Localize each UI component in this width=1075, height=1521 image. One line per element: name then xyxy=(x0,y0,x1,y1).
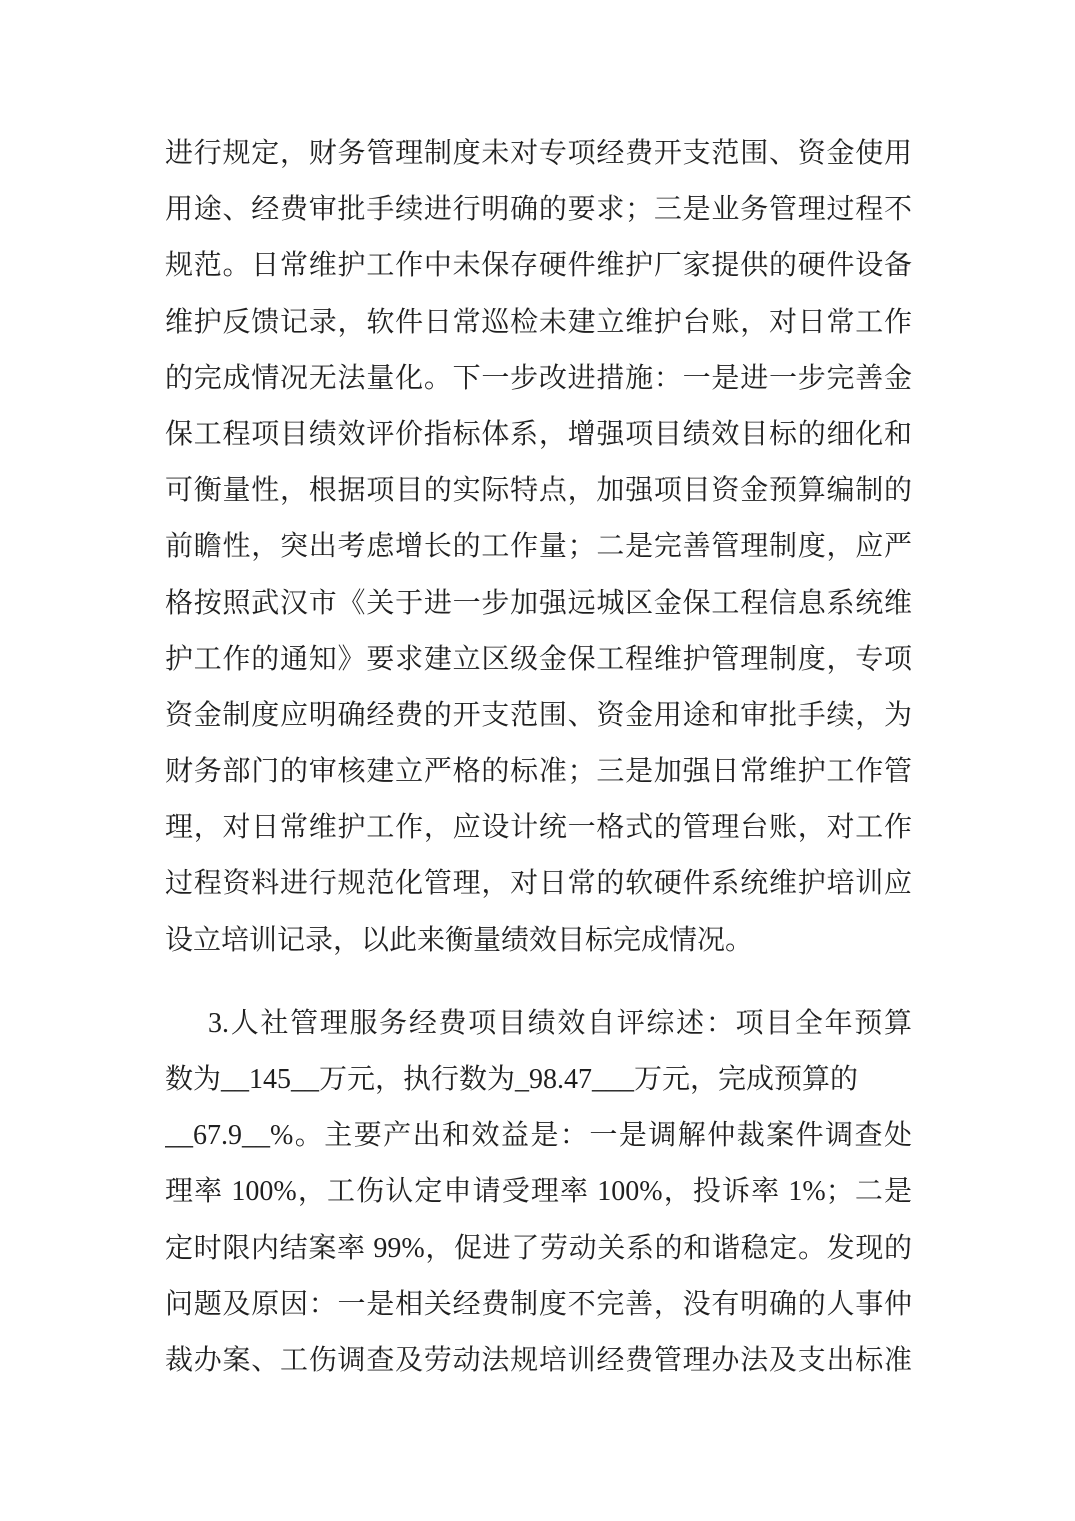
text-line: 资金制度应明确经费的开支范围、资金用途和审批手续，为 xyxy=(165,688,912,744)
text-line: 规范。日常维护工作中未保存硬件维护厂家提供的硬件设备 xyxy=(165,238,912,294)
paragraph: 进行规定，财务管理制度未对专项经费开支范围、资金使用 用途、经费审批手续进行明确… xyxy=(165,126,912,969)
text-line: 裁办案、工伤调查及劳动法规培训经费管理办法及支出标准 xyxy=(165,1333,912,1389)
text-line: 数为__145__万元，执行数为_98.47___万元，完成预算的 xyxy=(165,1052,912,1108)
text-line: 用途、经费审批手续进行明确的要求；三是业务管理过程不 xyxy=(165,182,912,238)
text-line: 前瞻性，突出考虑增长的工作量；二是完善管理制度，应严 xyxy=(165,519,912,575)
text-line: 格按照武汉市《关于进一步加强远城区金保工程信息系统维 xyxy=(165,576,912,632)
text-line: 定时限内结案率 99%，促进了劳动关系的和谐稳定。发现的 xyxy=(165,1221,912,1277)
text-line: 维护反馈记录，软件日常巡检未建立维护台账，对日常工作 xyxy=(165,295,912,351)
text-line: 护工作的通知》要求建立区级金保工程维护管理制度，专项 xyxy=(165,632,912,688)
document-page: 进行规定，财务管理制度未对专项经费开支范围、资金使用 用途、经费审批手续进行明确… xyxy=(0,0,1075,1521)
text-line: 进行规定，财务管理制度未对专项经费开支范围、资金使用 xyxy=(165,126,912,182)
text-line: 理率 100%，工伤认定申请受理率 100%，投诉率 1%；二是法 xyxy=(165,1164,912,1220)
text-line: 的完成情况无法量化。下一步改进措施：一是进一步完善金 xyxy=(165,351,912,407)
text-line: 设立培训记录，以此来衡量绩效目标完成情况。 xyxy=(165,913,912,969)
paragraph: 3.人社管理服务经费项目绩效自评综述：项目全年预算 数为__145__万元，执行… xyxy=(165,996,912,1389)
text-line: 可衡量性，根据项目的实际特点，加强项目资金预算编制的 xyxy=(165,463,912,519)
text-line: 过程资料进行规范化管理，对日常的软硬件系统维护培训应 xyxy=(165,856,912,912)
text-line: 问题及原因：一是相关经费制度不完善，没有明确的人事仲 xyxy=(165,1277,912,1333)
text-line: 3.人社管理服务经费项目绩效自评综述：项目全年预算 xyxy=(165,996,912,1052)
text-line: 保工程项目绩效评价指标体系，增强项目绩效目标的细化和 xyxy=(165,407,912,463)
text-line: __67.9__%。主要产出和效益是：一是调解仲裁案件调查处 xyxy=(165,1108,912,1164)
text-line: 理，对日常维护工作，应设计统一格式的管理台账，对工作 xyxy=(165,800,912,856)
text-line: 财务部门的审核建立严格的标准；三是加强日常维护工作管 xyxy=(165,744,912,800)
